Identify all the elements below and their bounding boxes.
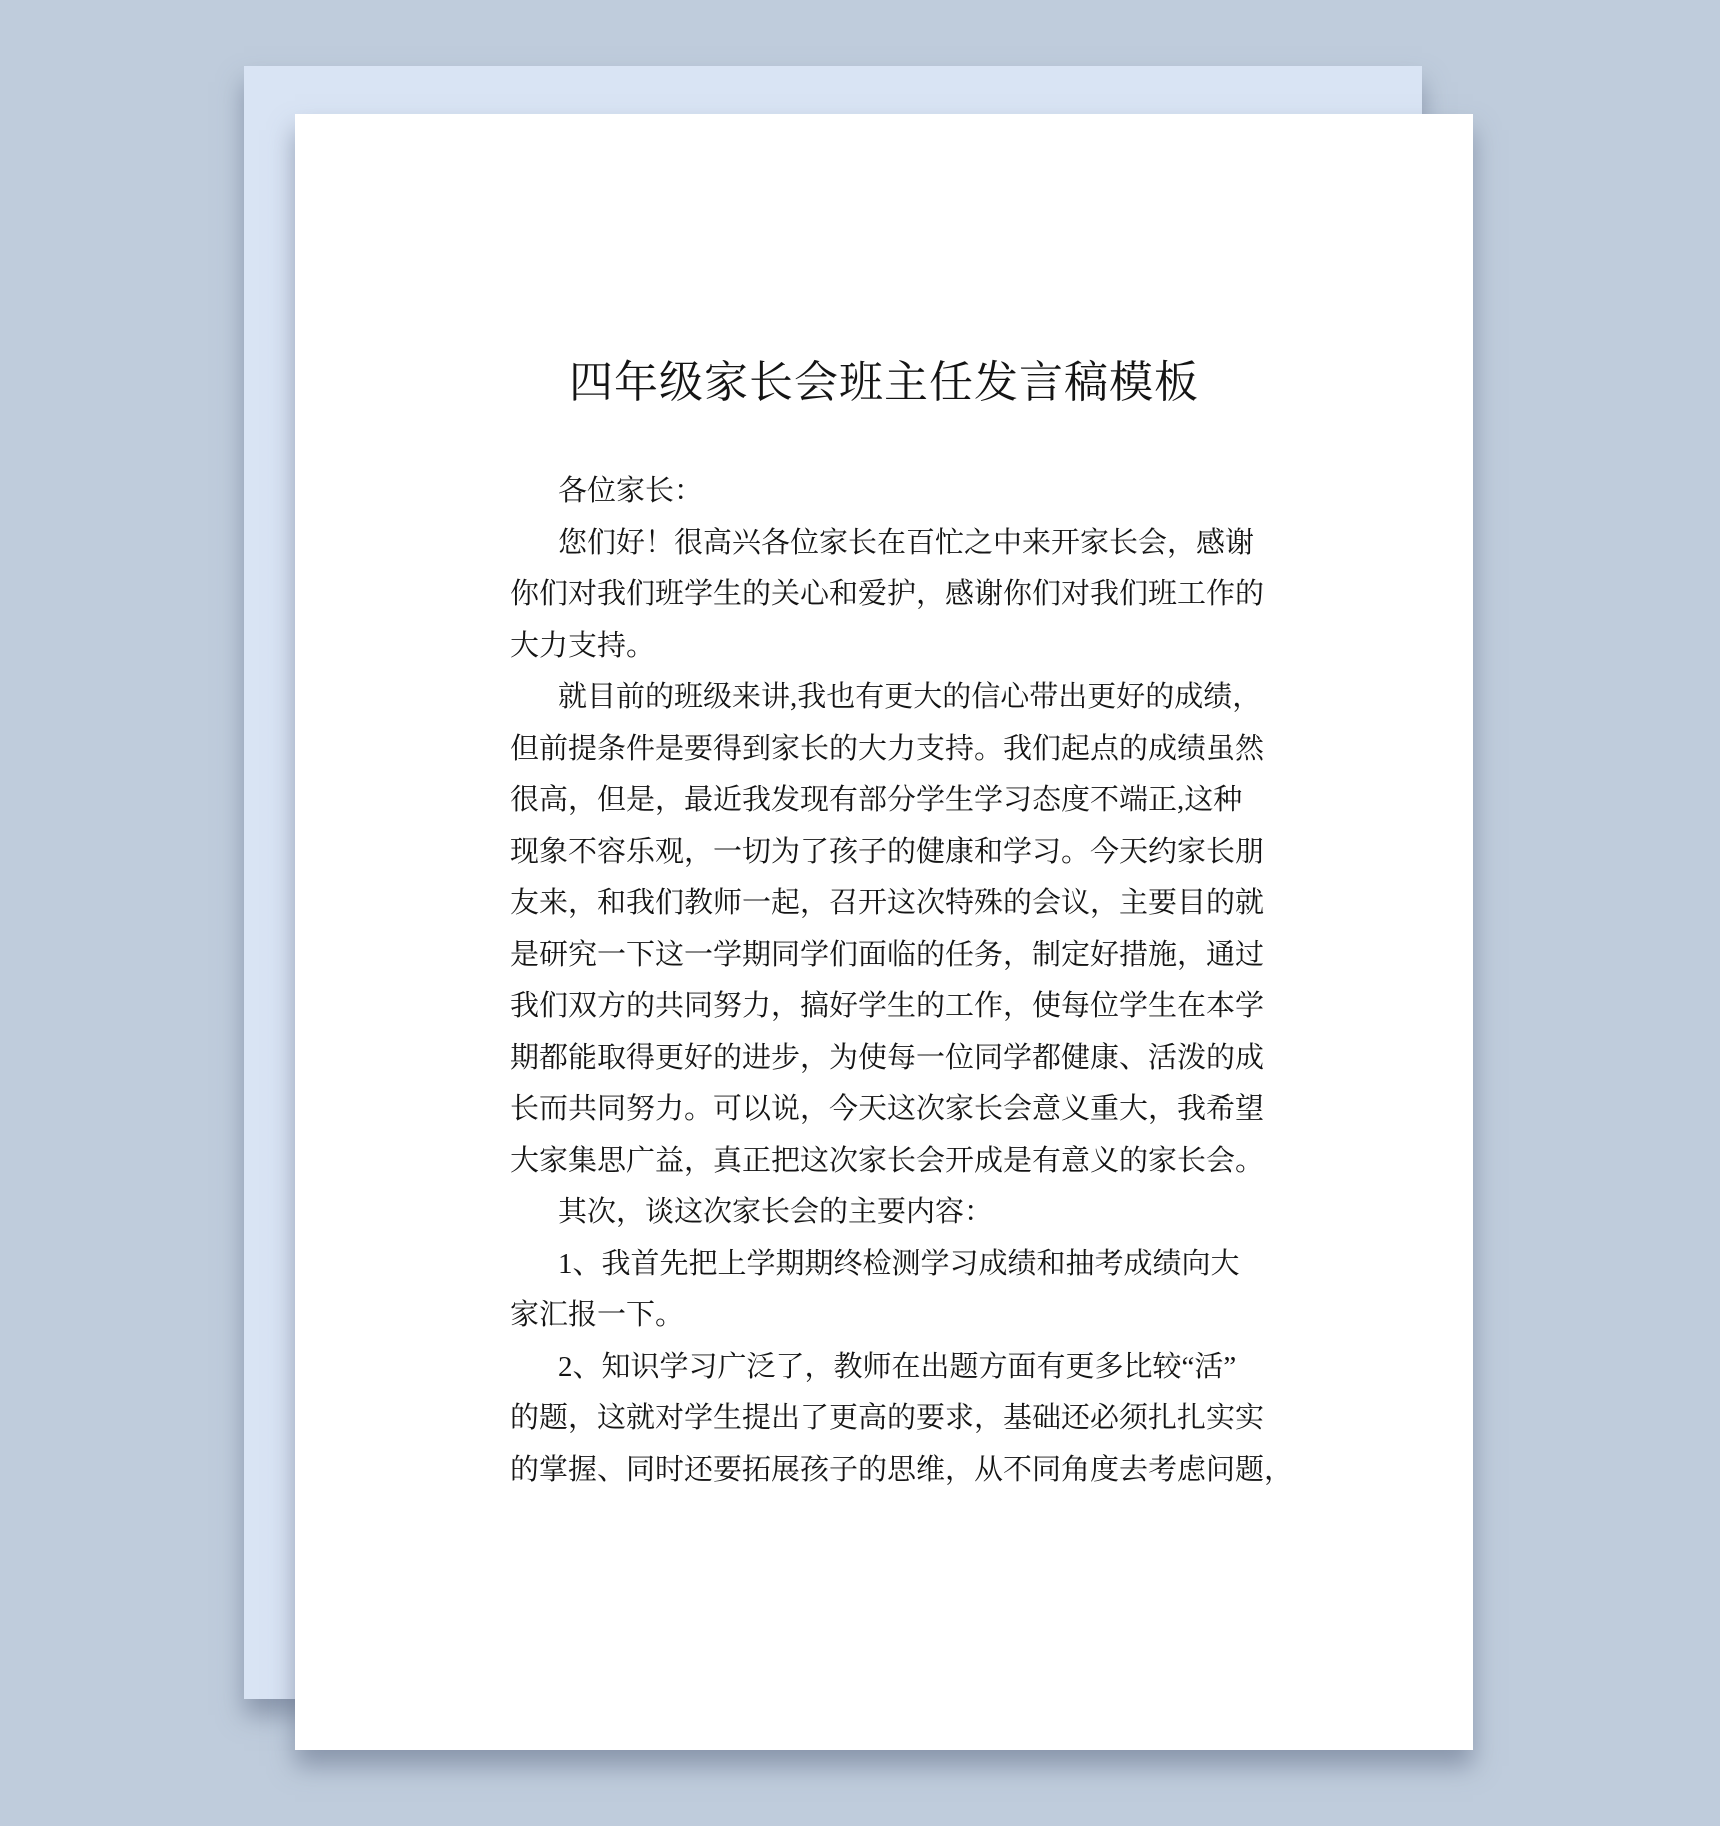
document-text-line: 2、知识学习广泛了，教师在出题方面有更多比较“活” <box>510 1342 1254 1394</box>
document-text-line: 您们好！很高兴各位家长在百忙之中来开家长会，感谢 <box>510 518 1254 570</box>
document-text-line: 友来，和我们教师一起，召开这次特殊的会议，主要目的就 <box>510 878 1254 930</box>
document-text-line: 就目前的班级来讲,我也有更大的信心带出更好的成绩， <box>510 672 1254 724</box>
document-text-line: 家汇报一下。 <box>510 1290 1254 1342</box>
document-text-line: 其次，谈这次家长会的主要内容： <box>510 1187 1254 1239</box>
document-text-line: 你们对我们班学生的关心和爱护，感谢你们对我们班工作的 <box>510 569 1254 621</box>
document-text-line: 的掌握、同时还要拓展孩子的思维，从不同角度去考虑问题， <box>510 1445 1254 1497</box>
document-body: 各位家长：您们好！很高兴各位家长在百忙之中来开家长会，感谢你们对我们班学生的关心… <box>510 466 1254 1496</box>
document-text-line: 1、我首先把上学期期终检测学习成绩和抽考成绩向大 <box>510 1239 1254 1291</box>
document-text-line: 大力支持。 <box>510 621 1254 673</box>
document-text-line: 我们双方的共同努力，搞好学生的工作，使每位学生在本学 <box>510 981 1254 1033</box>
document-page: 四年级家长会班主任发言稿模板 各位家长：您们好！很高兴各位家长在百忙之中来开家长… <box>295 114 1473 1750</box>
document-text-line: 期都能取得更好的进步，为使每一位同学都健康、活泼的成 <box>510 1033 1254 1085</box>
document-text-line: 现象不容乐观，一切为了孩子的健康和学习。今天约家长朋 <box>510 827 1254 879</box>
document-text-line: 但前提条件是要得到家长的大力支持。我们起点的成绩虽然 <box>510 724 1254 776</box>
document-text-line: 很高，但是，最近我发现有部分学生学习态度不端正,这种 <box>510 775 1254 827</box>
document-viewer-background: 四年级家长会班主任发言稿模板 各位家长：您们好！很高兴各位家长在百忙之中来开家长… <box>0 0 1720 1826</box>
document-title: 四年级家长会班主任发言稿模板 <box>295 346 1473 410</box>
document-text-line: 长而共同努力。可以说，今天这次家长会意义重大，我希望 <box>510 1084 1254 1136</box>
document-text-line: 大家集思广益，真正把这次家长会开成是有意义的家长会。 <box>510 1136 1254 1188</box>
document-text-line: 各位家长： <box>510 466 1254 518</box>
document-text-line: 是研究一下这一学期同学们面临的任务，制定好措施，通过 <box>510 930 1254 982</box>
document-text-line: 的题，这就对学生提出了更高的要求，基础还必须扎扎实实 <box>510 1393 1254 1445</box>
